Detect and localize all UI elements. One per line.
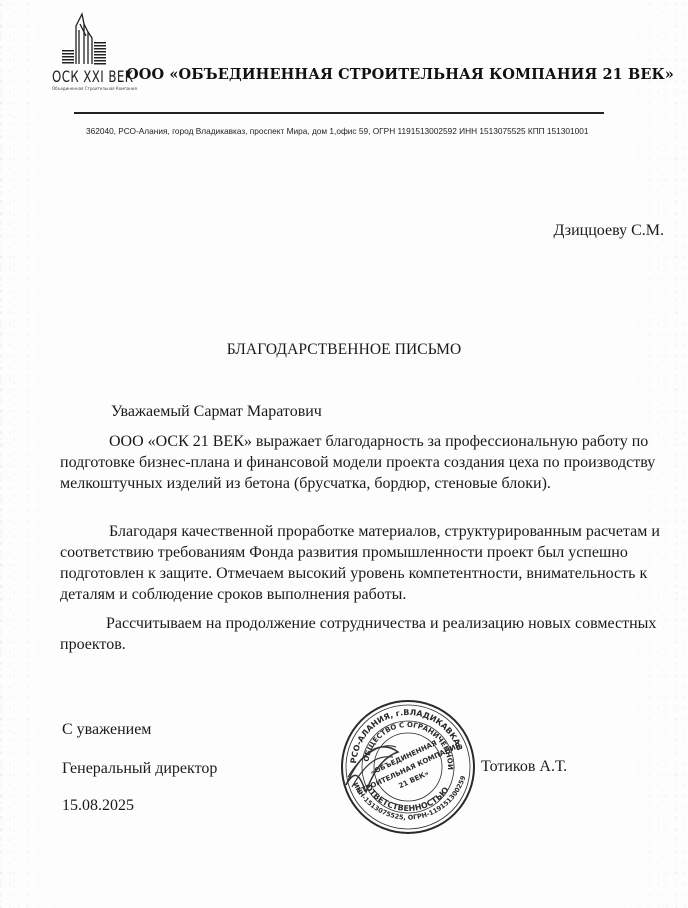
letter-title: БЛАГОДАРСТВЕННОЕ ПИСЬМО	[0, 341, 688, 359]
paragraph-1-text: ООО «ОСК 21 ВЕК» выражает благодарность …	[60, 433, 655, 492]
company-address: 362040, РСО-Алания, город Владикавказ, п…	[86, 126, 588, 136]
logo-subtext: Объединенная Строительная Компания	[52, 86, 137, 91]
salutation: Уважаемый Сармат Маратович	[111, 401, 688, 422]
company-logo: ОСК XXI ВЕК Объединенная Строительная Ко…	[52, 10, 122, 90]
signer-name: Тотиков А.Т.	[481, 758, 567, 776]
paragraph-2-text: Благодаря качественной проработке матери…	[60, 523, 660, 603]
letter-date: 15.08.2025	[62, 797, 134, 815]
paragraph-1: ООО «ОСК 21 ВЕК» выражает благодарность …	[60, 431, 660, 494]
paragraph-2: Благодаря качественной проработке матери…	[60, 521, 660, 605]
company-stamp: РСО-АЛАНИЯ, г.ВЛАДИКАВКАЗ ОБЩЕСТВО С ОГР…	[338, 697, 478, 837]
company-name: ООО «ОБЪЕДИНЕННАЯ СТРОИТЕЛЬНАЯ КОМПАНИЯ …	[126, 66, 674, 83]
closing-regards: С уважением	[62, 721, 151, 739]
paragraph-3: Рассчитываем на продолжение сотрудничест…	[60, 613, 660, 655]
paragraph-3-text: Рассчитываем на продолжение сотрудничест…	[60, 615, 656, 653]
building-logo-icon	[58, 10, 118, 66]
round-seal-icon: РСО-АЛАНИЯ, г.ВЛАДИКАВКАЗ ОБЩЕСТВО С ОГР…	[338, 697, 478, 837]
letterhead-divider	[74, 112, 604, 114]
addressee: Дзиццоеву С.М.	[553, 222, 664, 240]
signer-position: Генеральный директор	[62, 760, 217, 778]
logo-text: ОСК XXI ВЕК	[52, 67, 134, 86]
